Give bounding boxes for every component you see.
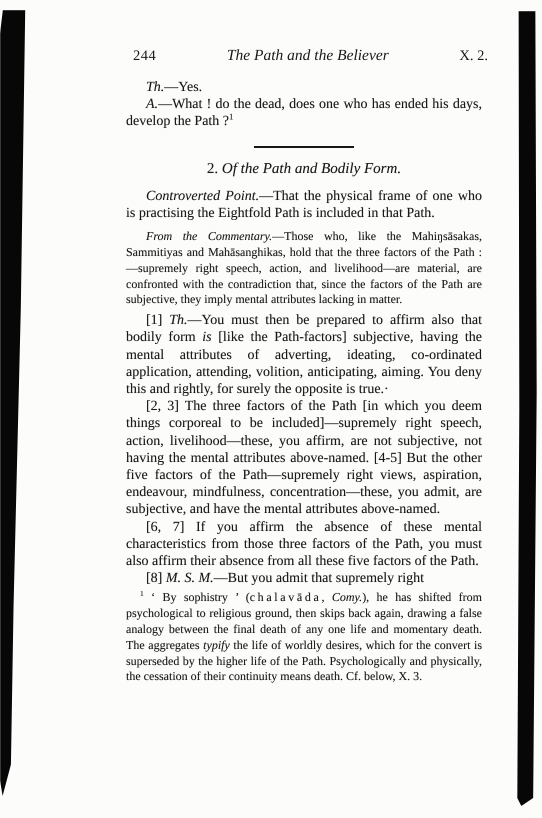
running-title: The Path and the Believer	[227, 47, 389, 65]
text-run: chalavāda	[250, 590, 322, 604]
paragraph-2-3: [2, 3] The three factors of the Path [in…	[126, 398, 482, 518]
commentary-excerpt: From the Commentary.—Those who, like the…	[126, 229, 482, 308]
text-block: 244 The Path and the Believer X. 2. Th.—…	[126, 47, 482, 685]
scan-gutter-left	[0, 10, 26, 796]
text-run: Th.	[169, 313, 187, 328]
text-run: Of the Path and Bodily Form.	[222, 161, 401, 177]
text-run: —Yes.	[164, 80, 202, 95]
text-run: typify	[203, 638, 230, 652]
text-run: —What ! do the dead, does one who has en…	[126, 97, 482, 129]
paragraph-6-7: [6, 7] If you affirm the absence of thes…	[126, 519, 482, 571]
text-run: is	[202, 330, 211, 345]
text-run: [1]	[146, 313, 169, 328]
text-run: Comy.	[332, 590, 362, 604]
text-run: Th.	[146, 80, 164, 95]
text-run: —But you admit that supremely right	[214, 571, 424, 586]
paragraph-1: [1] Th.—You must then be prepared to aff…	[126, 312, 482, 398]
scan-gutter-right	[516, 11, 538, 806]
dialogue-line-a: A.—What ! do the dead, does one who has …	[126, 96, 482, 130]
text-run: Controverted Point.	[146, 189, 259, 204]
text-run: ‘ By sophistry ’ (	[144, 590, 250, 604]
text-run: [8]	[146, 571, 166, 586]
page-body: Th.—Yes.A.—What ! do the dead, does one …	[126, 79, 482, 685]
text-run: From the Commentary.	[146, 229, 272, 243]
text-run: 1	[229, 112, 233, 122]
page-number: 244	[133, 48, 156, 65]
text-run: M. S. M.	[166, 571, 214, 586]
paragraph-8: [8] M. S. M.—But you admit that supremel…	[126, 570, 482, 587]
dialogue-line-th: Th.—Yes.	[126, 79, 482, 96]
scanned-book-page: 244 The Path and the Believer X. 2. Th.—…	[0, 0, 542, 818]
text-run: 2.	[207, 161, 222, 177]
page-header: 244 The Path and the Believer X. 2.	[126, 47, 482, 65]
controverted-point: Controverted Point.—That the physical fr…	[126, 188, 482, 222]
section-heading: 2. Of the Path and Bodily Form.	[126, 161, 482, 178]
footnote-1: 1 ‘ By sophistry ’ (chalavāda, Comy.), h…	[126, 590, 482, 685]
text-run: [6, 7] If you affirm the absence of thes…	[126, 520, 482, 569]
section-reference: X. 2.	[459, 48, 488, 65]
text-run: ,	[321, 590, 331, 604]
section-divider	[254, 146, 354, 148]
text-run: [2, 3] The three factors of the Path [in…	[126, 399, 482, 517]
text-run: A.	[146, 97, 158, 112]
